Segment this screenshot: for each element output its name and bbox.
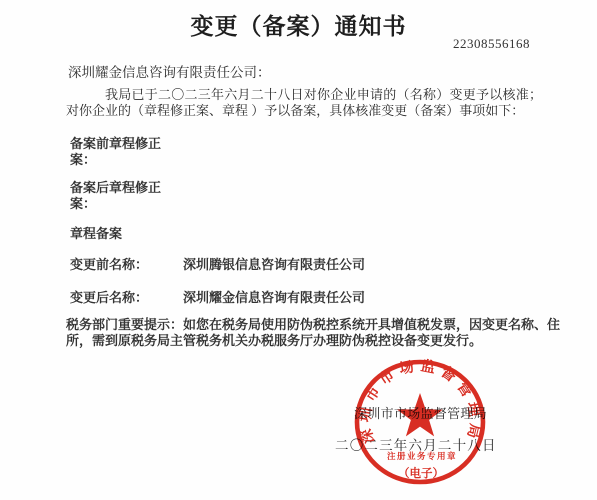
name-before-row: 变更前名称： 深圳腾银信息咨询有限责任公司 <box>70 254 530 274</box>
name-after-row: 变更后名称： 深圳耀金信息咨询有限责任公司 <box>70 287 530 307</box>
seal-star-icon <box>397 393 443 436</box>
charter-filing-label: 章程备案 <box>70 226 190 242</box>
name-after-label: 变更后名称： <box>70 287 148 306</box>
name-after-value: 深圳耀金信息咨询有限责任公司 <box>183 287 365 306</box>
seal-label: 注册业务专用章 <box>387 451 457 461</box>
name-before-value: 深圳腾银信息咨询有限责任公司 <box>183 254 365 273</box>
document-number: 22308556168 <box>453 36 530 52</box>
tax-notice: 税务部门重要提示：如您在税务局使用防伪税控系统开具增值税发票，因变更名称、住所，… <box>66 317 560 348</box>
approval-paragraph: 我局已于二〇二三年六月二十八日对你企业申请的（名称）变更予以核准；对你企业的（章… <box>66 87 542 119</box>
addressee-line: 深圳耀金信息咨询有限责任公司： <box>68 61 271 81</box>
filing-before-label: 备案前章程修正案： <box>70 136 168 168</box>
notice-document-page: 变更（备案）通知书 22308556168 深圳耀金信息咨询有限责任公司： 我局… <box>0 0 597 500</box>
official-seal-icon: 深圳市市场监督管理局 注册业务专用章 （电子） <box>352 358 488 494</box>
filing-after-label: 备案后章程修正案： <box>70 180 168 212</box>
seal-type-label: （电子） <box>398 466 444 480</box>
name-before-label: 变更前名称： <box>70 254 148 273</box>
